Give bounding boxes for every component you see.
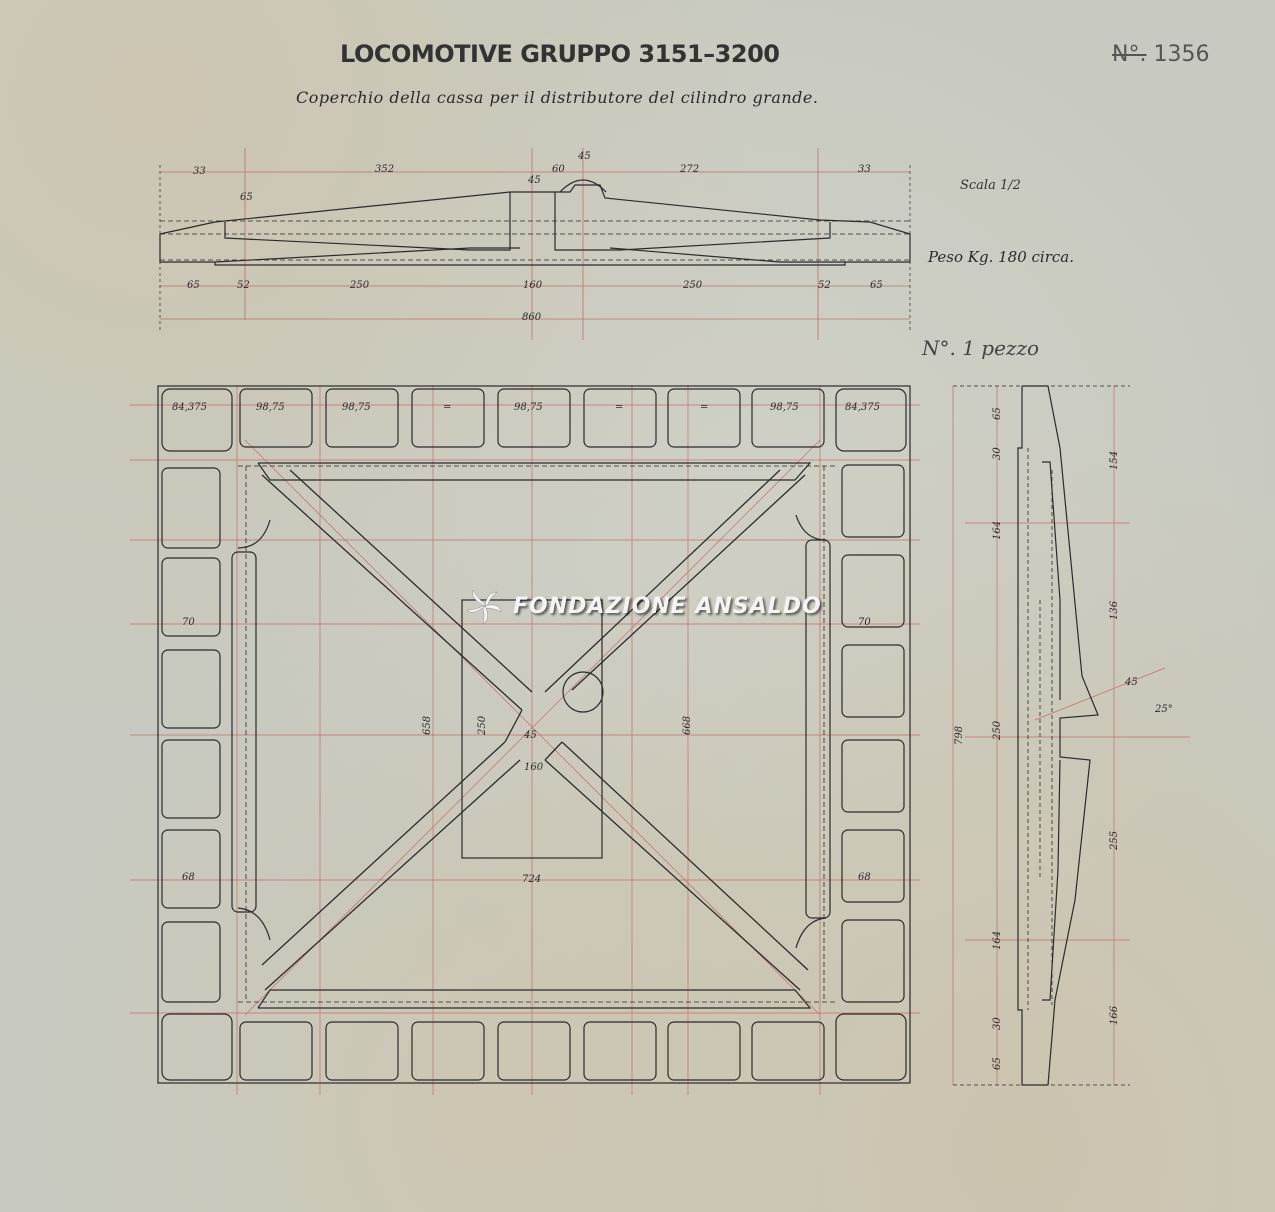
- dim-166: 166: [1109, 1005, 1120, 1025]
- ansaldo-swirl-icon: [465, 586, 505, 626]
- dim-45: 45: [527, 175, 541, 186]
- drawing-sheet: LOCOMOTIVE GRUPPO 3151–3200 Coperchio de…: [0, 0, 1275, 1212]
- dim-30-top-section: 30: [992, 447, 1003, 460]
- dim-9875-b: 98,75: [342, 402, 371, 413]
- dim-68-right: 68: [858, 872, 871, 883]
- dim-272: 272: [679, 164, 699, 175]
- dim-352: 352: [375, 164, 394, 175]
- dim-860: 860: [522, 312, 542, 323]
- dim-798: 798: [954, 726, 965, 745]
- dim-equal-c: =: [700, 402, 708, 413]
- dim-52-right: 52: [818, 280, 831, 291]
- dim-160-center: 160: [524, 762, 544, 773]
- dim-45-angle: 45: [1124, 677, 1138, 688]
- dim-65-detail: 65: [240, 192, 253, 203]
- dim-65-top-section: 65: [992, 407, 1003, 420]
- dim-160: 160: [523, 280, 543, 291]
- dim-equal-b: =: [615, 402, 623, 413]
- dim-33-left: 33: [193, 166, 206, 177]
- dim-9875-a: 98,75: [256, 402, 285, 413]
- section-view-dimensions: 65 30 164 250 164 30 65 798 154 136 255 …: [954, 407, 1173, 1070]
- dim-658: 658: [422, 716, 433, 735]
- watermark-text: FONDAZIONE ANSALDO: [513, 594, 822, 619]
- side-view-dimensions: 33 352 45 60 45 272 33 65 65 52 250 160 …: [187, 151, 883, 323]
- plan-view-dimensions: 84,375 98,75 98,75 = 98,75 = = 98,75 84,…: [172, 402, 880, 885]
- dim-30-bottom-section: 30: [992, 1017, 1003, 1030]
- dim-65-bottom-right: 65: [870, 280, 883, 291]
- dim-60: 60: [552, 164, 565, 175]
- dim-45-top: 45: [577, 151, 591, 162]
- dim-70-left: 70: [182, 617, 195, 628]
- dim-65-bottom-section: 65: [992, 1057, 1003, 1070]
- dim-136: 136: [1109, 600, 1120, 620]
- dim-255: 255: [1109, 831, 1120, 851]
- dim-70-right: 70: [858, 617, 871, 628]
- dim-250-center: 250: [477, 715, 488, 736]
- dim-724: 724: [522, 874, 541, 885]
- fondazione-ansaldo-watermark: FONDAZIONE ANSALDO: [465, 586, 822, 626]
- dim-668: 668: [682, 716, 693, 735]
- dim-84375-right: 84,375: [845, 402, 880, 413]
- dim-52-left: 52: [237, 280, 250, 291]
- dim-250-left: 250: [349, 280, 370, 291]
- dim-154: 154: [1109, 451, 1120, 470]
- dim-68-left: 68: [182, 872, 195, 883]
- dim-angle-25: 25°: [1154, 704, 1173, 715]
- dim-65-bottom-left: 65: [187, 280, 200, 291]
- dim-164-bottom: 164: [992, 931, 1003, 950]
- dim-84375-left: 84,375: [172, 402, 207, 413]
- dim-9875-d: 98,75: [770, 402, 799, 413]
- dim-9875-c: 98,75: [514, 402, 543, 413]
- dim-164-top: 164: [992, 521, 1003, 540]
- dim-250-right: 250: [682, 280, 703, 291]
- section-view: [953, 386, 1190, 1085]
- dim-45-center: 45: [523, 730, 537, 741]
- dim-250-section: 250: [992, 720, 1003, 741]
- dim-33-right: 33: [858, 164, 871, 175]
- dim-equal-a: =: [443, 402, 451, 413]
